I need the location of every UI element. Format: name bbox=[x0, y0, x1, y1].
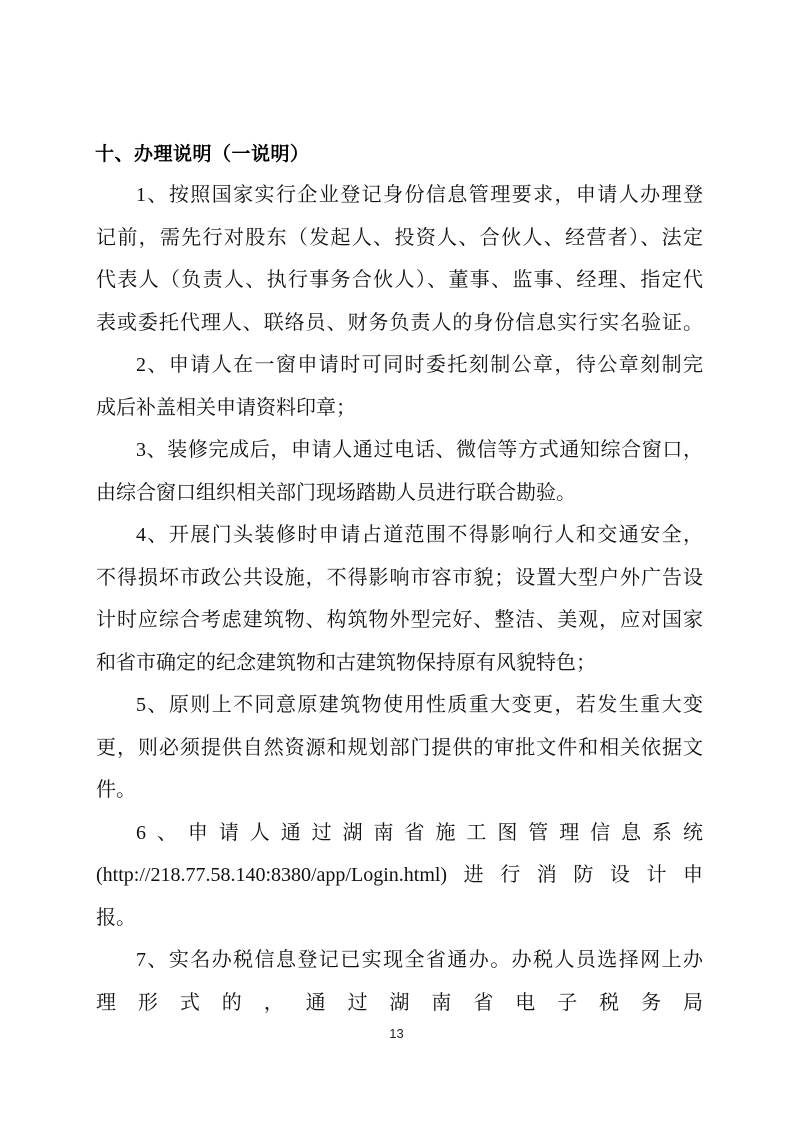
text-line: 2、申请人在一窗申请时可同时委托刻制公章，待公章刻制完 bbox=[96, 344, 703, 387]
document-body: 1、按照国家实行企业登记身份信息管理要求，申请人办理登记前，需先行对股东（发起人… bbox=[96, 174, 703, 1024]
text-line: 表或委托代理人、联络员、财务负责人的身份信息实行实名验证。 bbox=[96, 302, 703, 345]
section-title: 十、办理说明（一说明） bbox=[95, 139, 310, 166]
text-line: 记前，需先行对股东（发起人、投资人、合伙人、经营者）、法定 bbox=[96, 217, 703, 260]
text-line: 4、开展门头装修时申请占道范围不得影响行人和交通安全， bbox=[96, 514, 703, 557]
page-number: 13 bbox=[0, 1026, 793, 1041]
text-line: 更，则必须提供自然资源和规划部门提供的审批文件和相关依据文 bbox=[96, 727, 703, 770]
text-line: 计时应综合考虑建筑物、构筑物外型完好、整洁、美观，应对国家 bbox=[96, 599, 703, 642]
text-line: (http://218.77.58.140:8380/app/Login.htm… bbox=[96, 854, 703, 897]
text-line: 成后补盖相关申请资料印章； bbox=[96, 387, 703, 430]
paragraph-5: 5、原则上不同意原建筑物使用性质重大变更，若发生重大变更，则必须提供自然资源和规… bbox=[96, 684, 703, 812]
text-line: 3、装修完成后，申请人通过电话、微信等方式通知综合窗口， bbox=[96, 429, 703, 472]
text-line: 代表人（负责人、执行事务合伙人）、董事、监事、经理、指定代 bbox=[96, 259, 703, 302]
text-line: 理形式的，通过湖南省电子税务局 bbox=[96, 982, 703, 1025]
paragraph-3: 3、装修完成后，申请人通过电话、微信等方式通知综合窗口，由综合窗口组织相关部门现… bbox=[96, 429, 703, 514]
text-line: 和省市确定的纪念建筑物和古建筑物保持原有风貌特色； bbox=[96, 642, 703, 685]
document-page: 十、办理说明（一说明） 1、按照国家实行企业登记身份信息管理要求，申请人办理登记… bbox=[0, 0, 793, 1122]
text-line: 由综合窗口组织相关部门现场踏勘人员进行联合勘验。 bbox=[96, 472, 703, 515]
text-line: 件。 bbox=[96, 769, 703, 812]
text-line: 报。 bbox=[96, 897, 703, 940]
text-line: 7、实名办税信息登记已实现全省通办。办税人员选择网上办 bbox=[96, 939, 703, 982]
paragraph-1: 1、按照国家实行企业登记身份信息管理要求，申请人办理登记前，需先行对股东（发起人… bbox=[96, 174, 703, 344]
text-line: 5、原则上不同意原建筑物使用性质重大变更，若发生重大变 bbox=[96, 684, 703, 727]
text-line: 6、申请人通过湖南省施工图管理信息系统 bbox=[96, 812, 703, 855]
text-line: 1、按照国家实行企业登记身份信息管理要求，申请人办理登 bbox=[96, 174, 703, 217]
paragraph-2: 2、申请人在一窗申请时可同时委托刻制公章，待公章刻制完成后补盖相关申请资料印章； bbox=[96, 344, 703, 429]
paragraph-6: 6、申请人通过湖南省施工图管理信息系统(http://218.77.58.140… bbox=[96, 812, 703, 940]
paragraph-4: 4、开展门头装修时申请占道范围不得影响行人和交通安全，不得损坏市政公共设施，不得… bbox=[96, 514, 703, 684]
text-line: 不得损坏市政公共设施，不得影响市容市貌；设置大型户外广告设 bbox=[96, 557, 703, 600]
paragraph-7: 7、实名办税信息登记已实现全省通办。办税人员选择网上办理形式的，通过湖南省电子税… bbox=[96, 939, 703, 1024]
